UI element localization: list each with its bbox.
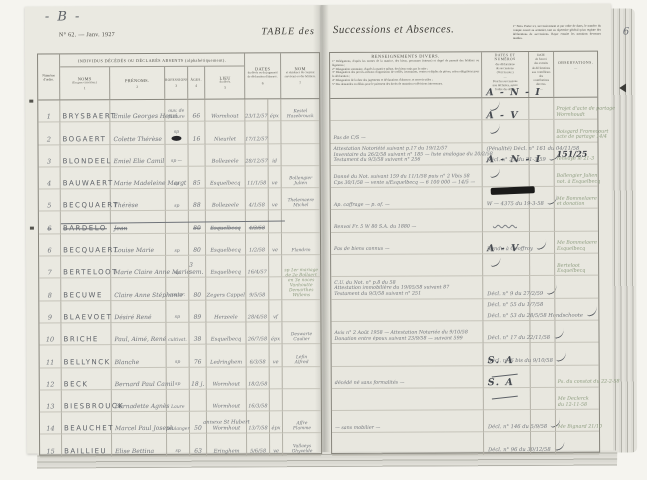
declaration: Décl. n° 9 du 27/2/59 bbox=[483, 276, 530, 299]
death-place-line: Eringhem bbox=[214, 448, 240, 454]
profession: sp bbox=[166, 234, 189, 256]
observations: Me Bommelaereet donation bbox=[555, 187, 598, 210]
given-names: Louise Marie bbox=[111, 234, 166, 257]
profession: cultivat. bbox=[166, 323, 189, 345]
age: 3 sem. bbox=[189, 256, 206, 278]
row-number: 6 bbox=[39, 212, 61, 234]
marital-status bbox=[270, 389, 283, 411]
scribble-stroke bbox=[493, 219, 517, 225]
profession: ouv. defilature bbox=[165, 100, 188, 122]
sublabel-line: — bbox=[556, 66, 595, 70]
heirs-notes: Flandrin bbox=[282, 233, 320, 255]
observations: Projet d'acte de partageWormhoudt bbox=[554, 98, 597, 121]
profession-line: filature bbox=[168, 115, 185, 121]
profession-line: sp bbox=[174, 130, 179, 136]
declaration: A - V bbox=[482, 120, 529, 143]
death-date: 1/2/58 bbox=[246, 233, 269, 255]
heirs-notes: DeswarteCaulier bbox=[282, 322, 320, 344]
various-information: C.U. du Not. n° p.8 du 58Attestation imm… bbox=[331, 277, 483, 300]
profession: boulanger bbox=[167, 412, 190, 434]
marital-status: ve bbox=[269, 166, 282, 188]
col-header-order: Numérosd'ordre. bbox=[38, 54, 60, 99]
various-information: Ap. caffrage — p. of. — bbox=[331, 187, 483, 210]
heirs-notes bbox=[282, 300, 320, 322]
heirs-notes: LefinAlfred bbox=[283, 344, 321, 366]
surname: BECK bbox=[62, 368, 112, 391]
various-information: Renvoi Fr. 5 W 80 S.A. du 1880 — bbox=[331, 210, 483, 233]
profession: sp bbox=[166, 256, 189, 278]
observations bbox=[555, 276, 598, 299]
col-header-lieu: LIEU du décès. 5 bbox=[205, 66, 245, 98]
ink-blot bbox=[171, 135, 181, 140]
various-information: — sans mobilier — bbox=[332, 410, 484, 433]
death-place: Nieurlet bbox=[205, 122, 245, 145]
age: 85 bbox=[189, 167, 206, 189]
declaration: Décl. n° 17 du 22/11/58 bbox=[483, 321, 530, 344]
observation-line: Me Bignard 21/10 bbox=[558, 425, 602, 431]
heirs-note-line: Willems bbox=[292, 293, 310, 298]
row-number: 11 bbox=[40, 346, 62, 368]
information-line: Renvoi Fr. 5 W 80 S.A. du 1880 — bbox=[334, 225, 416, 231]
envoi-date bbox=[529, 98, 554, 120]
death-place-line: Esquelbecq bbox=[211, 337, 241, 343]
col-number: 2 bbox=[136, 85, 138, 89]
marital-status: vf bbox=[269, 300, 282, 322]
surname: BIESBROUCK bbox=[62, 390, 112, 413]
observations bbox=[555, 298, 598, 321]
span-title: INDIVIDUS DÉCÉDÉS OU DÉCLARÉS ABSENTS (a… bbox=[60, 53, 244, 67]
declaration: A - V bbox=[483, 254, 530, 277]
surname: BECUWE bbox=[61, 279, 111, 302]
given-names: Marie Madeleine Margt bbox=[111, 167, 166, 190]
declaration: A - N - I bbox=[483, 165, 530, 188]
marital-status bbox=[269, 255, 282, 277]
age: 16 bbox=[188, 122, 205, 144]
heirs-notes: BollengierJulien bbox=[282, 166, 320, 188]
profession-line: sp bbox=[174, 204, 179, 210]
given-names: Emiel Elie Camil bbox=[111, 144, 166, 167]
envoi-date bbox=[530, 232, 555, 254]
col-header-professions: PROFESSIONS. 3 bbox=[165, 67, 188, 99]
paraph-flourish bbox=[489, 168, 502, 178]
surname: BERTELOOT bbox=[61, 256, 111, 279]
various-information: Pas de biens connus — bbox=[331, 232, 483, 255]
death-place-line: Bollezeele bbox=[212, 158, 239, 164]
death-date: 4/1/58 bbox=[246, 189, 269, 211]
paraph-flourish bbox=[489, 257, 502, 267]
row-number: 1 bbox=[38, 100, 60, 122]
surname: BECQUAERT bbox=[61, 189, 111, 212]
various-information: Donné du Not. suivant 159 du 11/1/58 pui… bbox=[331, 165, 483, 188]
age bbox=[190, 390, 207, 412]
death-date: 11/1/58 bbox=[246, 166, 269, 188]
various-information bbox=[332, 433, 484, 456]
death-place-line: Wormhout bbox=[213, 404, 240, 410]
observations: Me Declerckdu 12-11-58 bbox=[556, 387, 599, 410]
registry-mark: S. A bbox=[488, 355, 518, 366]
heirs-notes bbox=[282, 144, 320, 166]
row-number: 15 bbox=[40, 435, 62, 457]
profession-line: sp bbox=[175, 382, 180, 388]
envoi-date bbox=[530, 209, 555, 231]
envoi-date bbox=[531, 410, 556, 432]
death-place-line: Esquelbecq bbox=[210, 225, 240, 231]
paraph-flourish bbox=[489, 124, 502, 134]
envoi-date bbox=[530, 165, 555, 187]
death-place-line: Wormhout bbox=[213, 381, 240, 387]
death-place: Wormhout bbox=[207, 367, 247, 390]
profession-line: sp bbox=[175, 271, 180, 277]
observations bbox=[555, 209, 598, 232]
col-number: 6 bbox=[262, 81, 264, 85]
corner-note: 1° Nota. Porter ici, successivement et p… bbox=[513, 24, 601, 40]
envoi-date bbox=[531, 388, 556, 410]
heirs-note-line: Hazebrouck bbox=[287, 114, 314, 119]
row-number: 14 bbox=[40, 413, 62, 435]
observations: BertelootEsquelbecq bbox=[555, 254, 598, 277]
death-place: Esquelbecq bbox=[206, 233, 246, 256]
marital-status bbox=[268, 122, 281, 144]
row-number: 4 bbox=[39, 167, 61, 189]
envoi-date bbox=[530, 299, 555, 321]
observations: Bollengier Juliennot. à Esquelbecq bbox=[555, 165, 598, 188]
registry-mark: A - N - I bbox=[486, 87, 541, 98]
heirs-note-line: Alfred bbox=[295, 360, 309, 365]
marital-status: id bbox=[269, 144, 282, 166]
declaration: Décl. n° 96 du 30/12/58 bbox=[484, 432, 531, 455]
information-line: Testament du 9/3/58 suivant n° 256 bbox=[334, 158, 421, 164]
profession-line: sp — bbox=[171, 159, 182, 165]
envoi-date bbox=[530, 276, 555, 298]
profession: sp bbox=[167, 367, 190, 389]
death-date: 26/7/58 bbox=[246, 322, 269, 344]
registry-mark: A - V bbox=[486, 110, 519, 121]
death-date: 23/12/57 bbox=[245, 99, 268, 121]
age: 89 bbox=[189, 300, 206, 322]
col-number: 4 bbox=[195, 84, 197, 88]
given-names: Elise Bettina bbox=[112, 434, 167, 457]
observations: 151/25renvoyé le 21-3 bbox=[554, 142, 597, 165]
profession: sp — bbox=[166, 144, 189, 166]
information-line: Cps 30/1/58 — vente s/Esquelbecq — 6 100… bbox=[334, 180, 475, 186]
col-sublabel-lines: — bbox=[556, 66, 595, 70]
marital-status: épx bbox=[270, 411, 283, 433]
death-place: Esquelbecq bbox=[206, 256, 246, 279]
heirs-notes bbox=[281, 121, 319, 143]
heirs-notes bbox=[282, 211, 320, 233]
marital-status bbox=[269, 211, 282, 233]
right-table-header: RENSEIGNEMENTS DIVERS. 1° Délégations, d… bbox=[330, 52, 597, 99]
envoi-date bbox=[531, 343, 556, 365]
given-names: Marie Claire Anne Marie bbox=[111, 256, 166, 279]
marital-status bbox=[269, 278, 282, 300]
death-place: Bollezeele bbox=[206, 189, 246, 212]
death-place-line: Wormhout bbox=[213, 426, 240, 432]
surname: BAILLIEU bbox=[62, 435, 112, 458]
observations: Me Bignard 21/10 bbox=[556, 410, 599, 433]
various-information: Attestation Notoriété suivant p.17 du 19… bbox=[331, 143, 483, 166]
row-number: 10 bbox=[39, 323, 61, 345]
death-date: 4/3/58 bbox=[246, 211, 269, 233]
information-line: Testament du 9/3/58 suivant n° 251 bbox=[334, 292, 421, 298]
marital-status: ve bbox=[270, 345, 283, 367]
registry-mark-row: S. A bbox=[488, 377, 518, 406]
surname: BELLYNCK bbox=[62, 345, 112, 368]
given-names: Emile Georges Henri bbox=[110, 100, 165, 123]
col-header-noms: NOMS (En gros caractères.) 1 bbox=[60, 67, 110, 99]
observations bbox=[555, 321, 598, 344]
observation-line: et donation bbox=[557, 202, 585, 208]
page-title-left: TABLE des bbox=[211, 26, 315, 38]
surname: BLAEVOET bbox=[61, 301, 111, 324]
surname: BRICHE bbox=[61, 323, 111, 346]
col-label: OBSERVATIONS. bbox=[556, 61, 595, 65]
various-information bbox=[332, 388, 484, 411]
observations: Me BommelaereEsquelbecq bbox=[555, 231, 598, 254]
various-information: décédé né sans formalités — bbox=[332, 366, 484, 389]
declaration bbox=[483, 209, 530, 232]
profession: sp bbox=[165, 122, 188, 144]
envoi-date bbox=[530, 321, 555, 343]
death-place-line: Herzeele bbox=[214, 314, 238, 320]
given-names: Blanche bbox=[112, 345, 167, 368]
death-place-line: Esquelbecq bbox=[210, 270, 240, 276]
death-date: 28/12/57 bbox=[246, 144, 269, 166]
death-place: Bollezeele bbox=[206, 144, 246, 167]
profession-line: Laure bbox=[171, 404, 184, 410]
given-names: Désiré René bbox=[111, 301, 166, 324]
information-line: Ap. caffrage — p. of. — bbox=[334, 203, 390, 209]
given-names: Paul, Aimé, René bbox=[111, 323, 166, 346]
observations bbox=[556, 432, 599, 455]
profession-line: sp bbox=[175, 315, 180, 321]
observations: Ps. du constat du 22-2-58 bbox=[556, 365, 599, 388]
death-place: Esquelbecq bbox=[206, 166, 246, 189]
death-place: Herzeele bbox=[206, 300, 246, 323]
col-label: ÂGES. bbox=[191, 78, 202, 82]
col-number: 5 bbox=[224, 86, 226, 90]
death-place-line: Nieurlet bbox=[214, 136, 236, 142]
age: 18 j. bbox=[190, 367, 207, 389]
given-names: Bernadette Agnès bbox=[112, 390, 167, 413]
heirs-note-line: Julien bbox=[294, 181, 307, 186]
marital-status: épx bbox=[268, 99, 281, 121]
given-names: Claire Anne Stéphanie bbox=[111, 278, 166, 301]
observation-line: acte de partage 14/4 bbox=[556, 135, 607, 141]
row-number: 9 bbox=[39, 301, 61, 323]
heirs-note-line: Michel bbox=[293, 204, 308, 209]
col-sublabel: du décès. bbox=[220, 80, 231, 84]
col-header-heirs: NOM et résidence du conjoint survivant o… bbox=[281, 53, 319, 98]
row-number: 8 bbox=[39, 279, 61, 301]
death-place: Ledringhem bbox=[207, 345, 247, 368]
margin-tick bbox=[30, 227, 34, 230]
age: 88 bbox=[189, 189, 206, 211]
death-date: 6/3/58 bbox=[247, 345, 270, 367]
corner-note-line: 1° Nota. Porter ici, successivement et p… bbox=[513, 24, 601, 40]
col-sublabel: et résidence du conjoint survivant ou de… bbox=[282, 71, 318, 78]
observations bbox=[556, 343, 599, 366]
age: 80 bbox=[189, 278, 206, 300]
col-sublabel-lines: DATEde l'envoides extraitsde déclaration… bbox=[531, 53, 551, 91]
heirs-notes: KestelHazebrouck bbox=[281, 99, 319, 121]
heirs-notes: ThelemaereMichel bbox=[282, 188, 320, 210]
marital-status bbox=[270, 367, 283, 389]
row-number: 7 bbox=[39, 257, 61, 279]
col-header-individus: INDIVIDUS DÉCÉDÉS OU DÉCLARÉS ABSENTS (a… bbox=[60, 53, 245, 99]
envoi-date bbox=[529, 120, 554, 142]
surname: BEAUCHET bbox=[62, 412, 112, 435]
row-number: 13 bbox=[40, 390, 62, 412]
col-label: PRÉNOMS. bbox=[125, 77, 149, 82]
legal-text-line: 5° Des demandes en délais pour le paieme… bbox=[332, 82, 479, 87]
death-date: 28/4/58 bbox=[246, 300, 269, 322]
envoi-date bbox=[530, 187, 555, 209]
order-label-line: d'ordre. bbox=[43, 77, 53, 81]
death-place-line: Esquelbecq bbox=[210, 181, 240, 187]
death-place: Esquelbecq bbox=[206, 322, 246, 345]
surname: BLONDEEL bbox=[61, 145, 111, 168]
heirs-note-line: Flamme bbox=[293, 427, 311, 432]
information-line: Pas de biens connus — bbox=[334, 247, 389, 253]
col-label: PROFESSIONS. bbox=[165, 78, 188, 82]
left-table-header: Numérosd'ordre. INDIVIDUS DÉCÉDÉS OU DÉC… bbox=[38, 53, 319, 100]
given-names: Bernard Paul Camil bbox=[112, 367, 167, 390]
page-title-right: Successions et Absences. bbox=[333, 23, 455, 36]
row-number: 5 bbox=[39, 190, 61, 212]
death-place-line: Bollezeele bbox=[212, 203, 239, 209]
surname: BAUWAERT bbox=[61, 167, 111, 190]
page-number: 6 bbox=[623, 26, 629, 37]
age: 38 bbox=[189, 323, 206, 345]
form-number: N° 62. — Janv. 1927 bbox=[59, 32, 115, 38]
declaration: Décl. n° 146 du 5/9/58 bbox=[484, 410, 531, 433]
profession: coutur. bbox=[166, 278, 189, 300]
row-number: 12 bbox=[40, 368, 62, 390]
marital-status: ve bbox=[269, 233, 282, 255]
death-date: 17/12/57 bbox=[245, 122, 268, 144]
left-table-body: 1BRYSBAERTEmile Georges Henriouv. defila… bbox=[38, 99, 321, 457]
registry-mark-row: A - V bbox=[487, 243, 520, 272]
marital-status: ve bbox=[270, 434, 283, 456]
registry-mark-row: A - V bbox=[486, 110, 519, 139]
age: 66 bbox=[188, 100, 205, 122]
registry-mark: S. A bbox=[488, 377, 518, 388]
various-information bbox=[331, 254, 483, 277]
observation-line: Esquelbecq bbox=[557, 269, 585, 275]
age: 80 bbox=[189, 233, 206, 255]
profession: sp bbox=[167, 434, 190, 456]
death-place-line: Ledringhem bbox=[210, 359, 242, 365]
registry-mark: A - V bbox=[487, 243, 520, 254]
profession: sp bbox=[167, 345, 190, 367]
envoi-date bbox=[530, 254, 555, 276]
declaration: W — 4375 du 19-3-58 bbox=[483, 187, 530, 210]
given-names: Marcel Paul Joseph bbox=[112, 412, 167, 435]
profession-line: sp bbox=[174, 181, 179, 187]
col-header-prenoms: PRÉNOMS. 2 bbox=[110, 67, 165, 99]
book-spread: - B - N° 62. — Janv. 1927 TABLE des Succ… bbox=[25, 3, 643, 474]
profession-line: sp bbox=[175, 449, 180, 455]
heirs-notes: sp 1er mariagede 2e Bollaerten 3e nocesV… bbox=[282, 277, 320, 299]
information-line: Pas de C/S — bbox=[333, 136, 365, 142]
observation-line: renvoyé le 21-3 bbox=[557, 157, 595, 163]
profession-line: sp bbox=[175, 360, 180, 366]
surname: BOGAERT bbox=[60, 122, 110, 145]
death-place: annexe St HubertWormhout bbox=[207, 412, 247, 435]
age: 76 bbox=[190, 345, 207, 367]
registry-mark: A - N - I bbox=[487, 154, 542, 165]
legal-text: 1° Délégations, d'après les termes de la… bbox=[332, 59, 479, 86]
surname: BRYSBAERT bbox=[60, 100, 110, 123]
col-header-ages: ÂGES. 4 bbox=[188, 67, 205, 99]
heirs-notes bbox=[283, 389, 321, 411]
heirs-notes: AffreFlamme bbox=[283, 411, 321, 433]
left-table: Numérosd'ordre. INDIVIDUS DÉCÉDÉS OU DÉC… bbox=[37, 52, 322, 455]
death-place-line: Zegers Cappel bbox=[207, 292, 245, 298]
col-sublabel: (En gros caractères.) bbox=[72, 81, 97, 85]
observation-line: not. à Esquelbecq bbox=[557, 179, 601, 185]
col-header-renseignements: RENSEIGNEMENTS DIVERS. 1° Délégations, d… bbox=[330, 52, 482, 98]
col-sublabel: du décès ou du jugement de déclaration d… bbox=[246, 72, 279, 79]
death-place-line: Wormhout bbox=[211, 114, 238, 120]
information-line: décédé né sans formalités — bbox=[335, 381, 405, 387]
profession: sp bbox=[166, 167, 189, 189]
death-place: Eringhem bbox=[207, 434, 247, 457]
death-date: 5/6/58 bbox=[247, 434, 270, 456]
col-header-observations: OBSERVATIONS. — bbox=[554, 52, 597, 97]
given-names: Colette Thérèse bbox=[110, 122, 165, 145]
observation-line: Esquelbecq bbox=[557, 246, 585, 252]
col-header-dates: DATES du décès ou du jugement de déclara… bbox=[245, 53, 281, 98]
profession: Laure bbox=[167, 390, 190, 412]
envoi-date bbox=[531, 365, 556, 387]
various-information: Pas de C/S — bbox=[330, 121, 482, 144]
heirs-notes: VallaeysGhyvelde bbox=[283, 434, 321, 456]
various-information bbox=[331, 299, 483, 322]
death-date: 16/3/58 bbox=[247, 389, 270, 411]
given-names: Thérèse bbox=[111, 189, 166, 212]
various-information bbox=[332, 343, 484, 366]
book-page-edges-right bbox=[611, 8, 637, 452]
section-letter: - B - bbox=[45, 9, 82, 24]
margin-tick bbox=[29, 100, 33, 103]
death-place: Wormhout bbox=[205, 99, 245, 122]
declaration: S. A bbox=[484, 388, 531, 411]
left-subheaders: NOMS (En gros caractères.) 1 PRÉNOMS. 2 … bbox=[60, 66, 244, 99]
sublabel-line: des contributions bbox=[531, 74, 551, 83]
death-place-line: Esquelbecq bbox=[210, 248, 240, 254]
profession: sp bbox=[166, 300, 189, 322]
death-place: Zegers Cappel bbox=[206, 278, 246, 301]
profession-line: cultivat. bbox=[168, 338, 187, 344]
death-date: 13/7/58 bbox=[247, 411, 270, 433]
declaration: Décl. n° 55 du 1/7/58Décl. n° 53 du 28/5… bbox=[483, 299, 530, 322]
right-table: RENSEIGNEMENTS DIVERS. 1° Délégations, d… bbox=[329, 51, 600, 454]
information-line: Donation entre époux suivant 23/9/58 — s… bbox=[335, 336, 463, 342]
marital-status: ve bbox=[269, 188, 282, 210]
age bbox=[189, 144, 206, 166]
profession: sp bbox=[166, 189, 189, 211]
envoi-date bbox=[531, 432, 556, 454]
row-number: 2 bbox=[38, 123, 60, 145]
surname: BECQUAERT bbox=[61, 234, 111, 257]
marital-status: épx bbox=[269, 322, 282, 344]
right-table-body: A - N - IProjet d'acte de partageWormhou… bbox=[330, 98, 599, 456]
observation-line: du 12-11-58 bbox=[558, 402, 587, 408]
various-information: Avis n° 2 Août 1958 — Attestation Notari… bbox=[331, 321, 483, 344]
row-number: 6 bbox=[39, 234, 61, 256]
